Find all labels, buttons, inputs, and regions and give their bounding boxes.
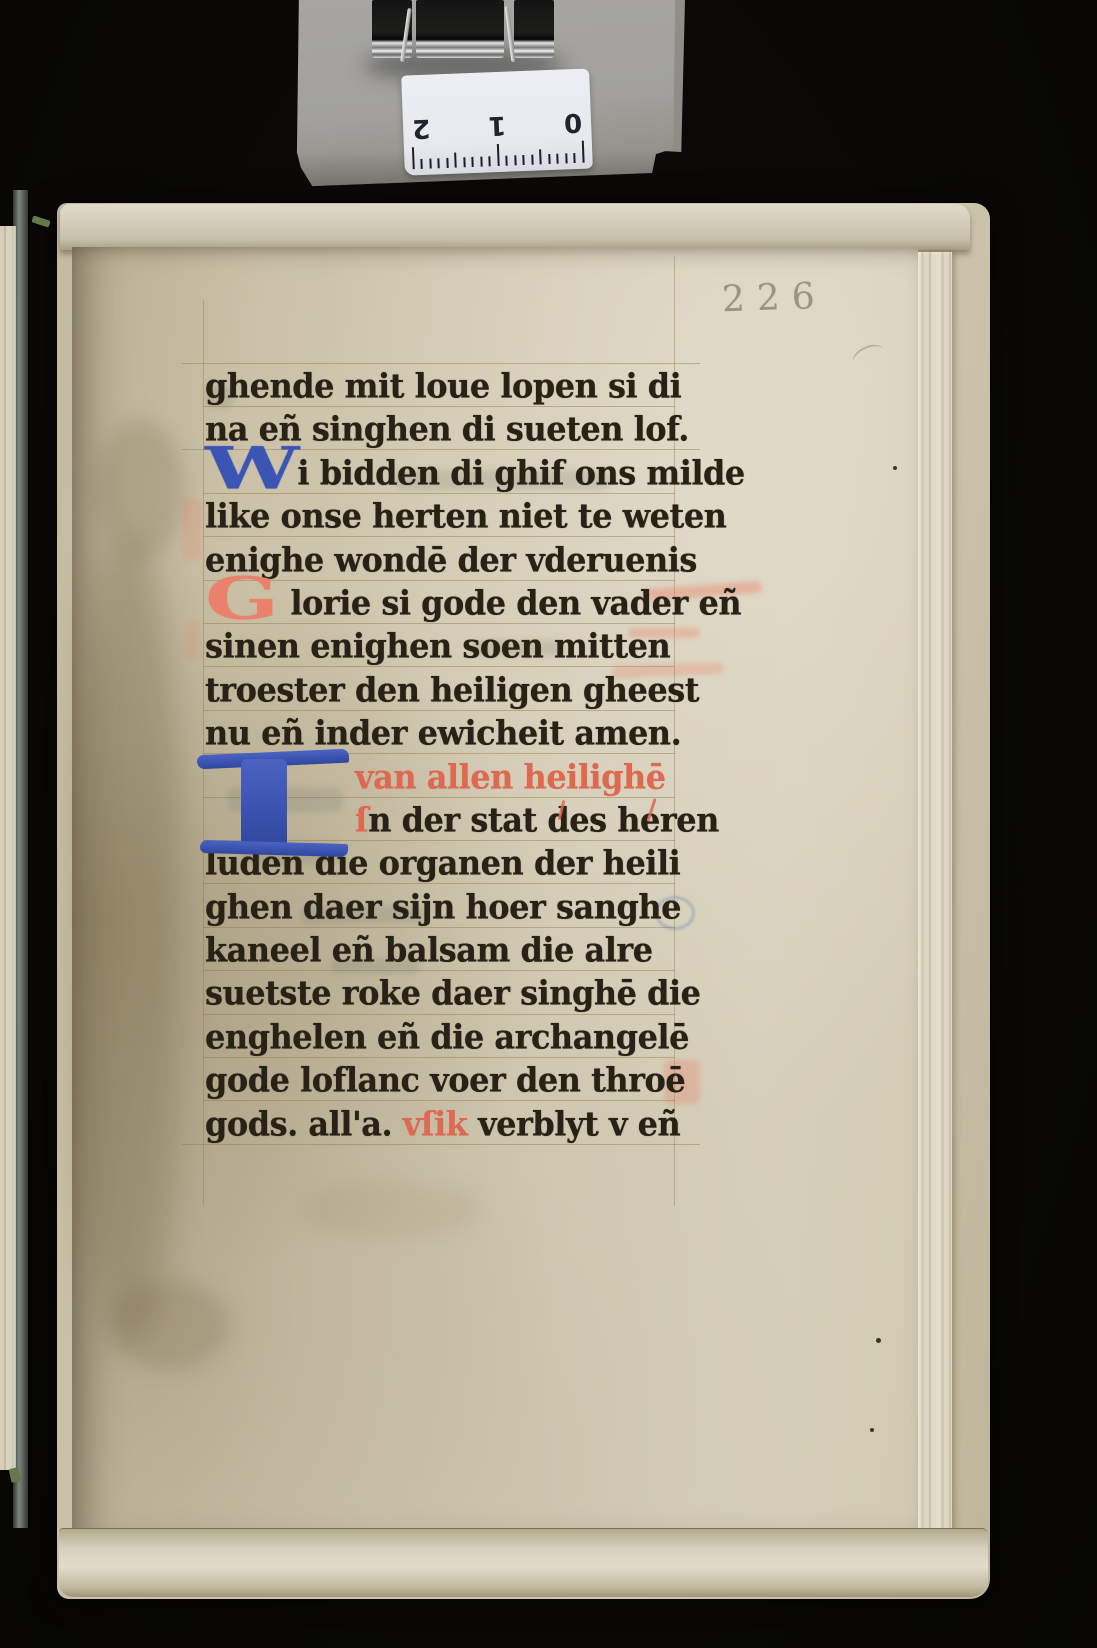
red-offset-smudge bbox=[186, 620, 200, 660]
body-text: lorie si gode den vader eñ bbox=[290, 583, 741, 623]
manuscript-text-line: enghelen eñ die archangelē bbox=[205, 1015, 745, 1060]
cover-top-fold bbox=[60, 204, 970, 250]
ruler-tick bbox=[489, 156, 491, 166]
ruler-tick bbox=[531, 155, 533, 165]
ruler-number: 0 bbox=[563, 109, 582, 136]
body-text: verblyt v eñ bbox=[467, 1104, 680, 1144]
manuscript-text-line: ghende mit loue lopen si di bbox=[205, 364, 745, 409]
ruler-tick bbox=[540, 149, 543, 164]
parchment-stain bbox=[300, 1180, 480, 1240]
ruler-tick bbox=[463, 157, 465, 167]
body-text: like onse herten niet te weten bbox=[205, 496, 726, 536]
body-text: enighe wondē der vderuenis bbox=[205, 540, 697, 580]
body-text: ghende mit loue lopen si di bbox=[205, 366, 681, 406]
ruler-numbers: 012 bbox=[411, 109, 584, 142]
manuscript-text-line: suetste roke daer singhē die bbox=[205, 971, 745, 1016]
folio-number: 226 bbox=[721, 276, 827, 321]
body-text: gods. all'a. bbox=[205, 1104, 403, 1144]
manuscript-text-line: sinen enighen soen mitten bbox=[205, 624, 745, 669]
body-text: n der stat des heren bbox=[368, 800, 719, 840]
ink-speck bbox=[876, 1338, 881, 1343]
glass-weight-rod bbox=[13, 190, 28, 1528]
parchment-stain bbox=[76, 540, 180, 1340]
ruler-tick bbox=[557, 154, 559, 164]
ruler-sticker: 012 bbox=[401, 68, 593, 175]
ruler-tick bbox=[421, 159, 423, 169]
manuscript-text-line: Wi bidden di ghif ons milde bbox=[205, 451, 745, 496]
ruler-tick bbox=[472, 157, 474, 167]
ruler-number: 2 bbox=[412, 115, 431, 142]
ruler-inner: 012 bbox=[409, 75, 584, 170]
ruler-tick bbox=[514, 155, 516, 165]
drop-initial-bottom-serif bbox=[200, 840, 348, 857]
ruler-tick bbox=[480, 157, 482, 167]
ruler-tick bbox=[548, 154, 550, 164]
body-text: ghen daer sijn hoer sanghe bbox=[205, 887, 681, 927]
body-text: kaneel eñ balsam die alre bbox=[205, 930, 653, 970]
ruler-tick bbox=[506, 156, 508, 166]
parchment-stain bbox=[95, 420, 185, 560]
body-text: sinen enighen soen mitten bbox=[205, 626, 670, 666]
drop-initial-stem bbox=[241, 759, 287, 849]
red-offset-smudge bbox=[182, 498, 202, 560]
fore-edge-pages bbox=[916, 252, 952, 1534]
ruler-tick bbox=[438, 158, 440, 168]
drop-initial-I bbox=[197, 752, 349, 856]
ruler-tick bbox=[429, 159, 431, 169]
body-text: suetste roke daer singhē die bbox=[205, 974, 701, 1014]
rubric-text: vſik bbox=[403, 1104, 468, 1144]
manuscript-text-line: troester den heiligen gheest bbox=[205, 668, 745, 713]
body-text: nu eñ inder ewicheit amen. bbox=[205, 713, 681, 753]
manuscript-text-line: like onse herten niet te weten bbox=[205, 494, 745, 539]
cover-bottom-fold bbox=[59, 1528, 988, 1597]
manuscript-text-line: gods. all'a. vſik verblyt v eñ bbox=[205, 1102, 745, 1147]
ink-speck bbox=[870, 1428, 874, 1432]
parchment-stain bbox=[110, 1280, 230, 1370]
ruler-tick bbox=[497, 144, 500, 166]
rubric-text: ſ bbox=[355, 800, 368, 840]
clip-segment bbox=[514, 0, 554, 58]
ruler-tick bbox=[455, 153, 458, 168]
body-text: i bidden di ghif ons milde bbox=[297, 453, 744, 493]
clip-segment bbox=[416, 0, 504, 58]
ruler-tick bbox=[446, 158, 448, 168]
ruler-tick bbox=[574, 153, 576, 163]
manuscript-text-line: nu eñ inder ewicheit amen. bbox=[205, 711, 745, 756]
ruler-tick bbox=[582, 141, 585, 163]
ruler-tick bbox=[412, 147, 415, 169]
photo-background: ghende mit loue lopen si dina eñ singhen… bbox=[0, 0, 1097, 1648]
ink-speck bbox=[893, 466, 897, 470]
green-thread bbox=[31, 215, 50, 227]
manuscript-text-line: Glorie si gode den vader eñ bbox=[205, 581, 745, 626]
ruler-ticks bbox=[412, 137, 585, 170]
rubric-text: van allen heilighē bbox=[355, 757, 666, 797]
ruler-tick bbox=[523, 155, 525, 165]
ruler-number: 1 bbox=[488, 112, 507, 139]
manuscript-text-line: enighe wondē der vderuenis bbox=[205, 538, 745, 583]
binder-clip bbox=[368, 0, 558, 64]
manuscript-text-line: ghen daer sijn hoer sanghe bbox=[205, 885, 745, 930]
ruler-tick bbox=[565, 153, 567, 163]
body-text: gode loflanc voer den throē bbox=[205, 1060, 685, 1100]
body-text: enghelen eñ die archangelē bbox=[205, 1017, 689, 1057]
body-text: troester den heiligen gheest bbox=[205, 670, 699, 710]
manuscript-text-line: kaneel eñ balsam die alre bbox=[205, 928, 745, 973]
manuscript-text-line: gode loflanc voer den throē bbox=[205, 1058, 745, 1103]
